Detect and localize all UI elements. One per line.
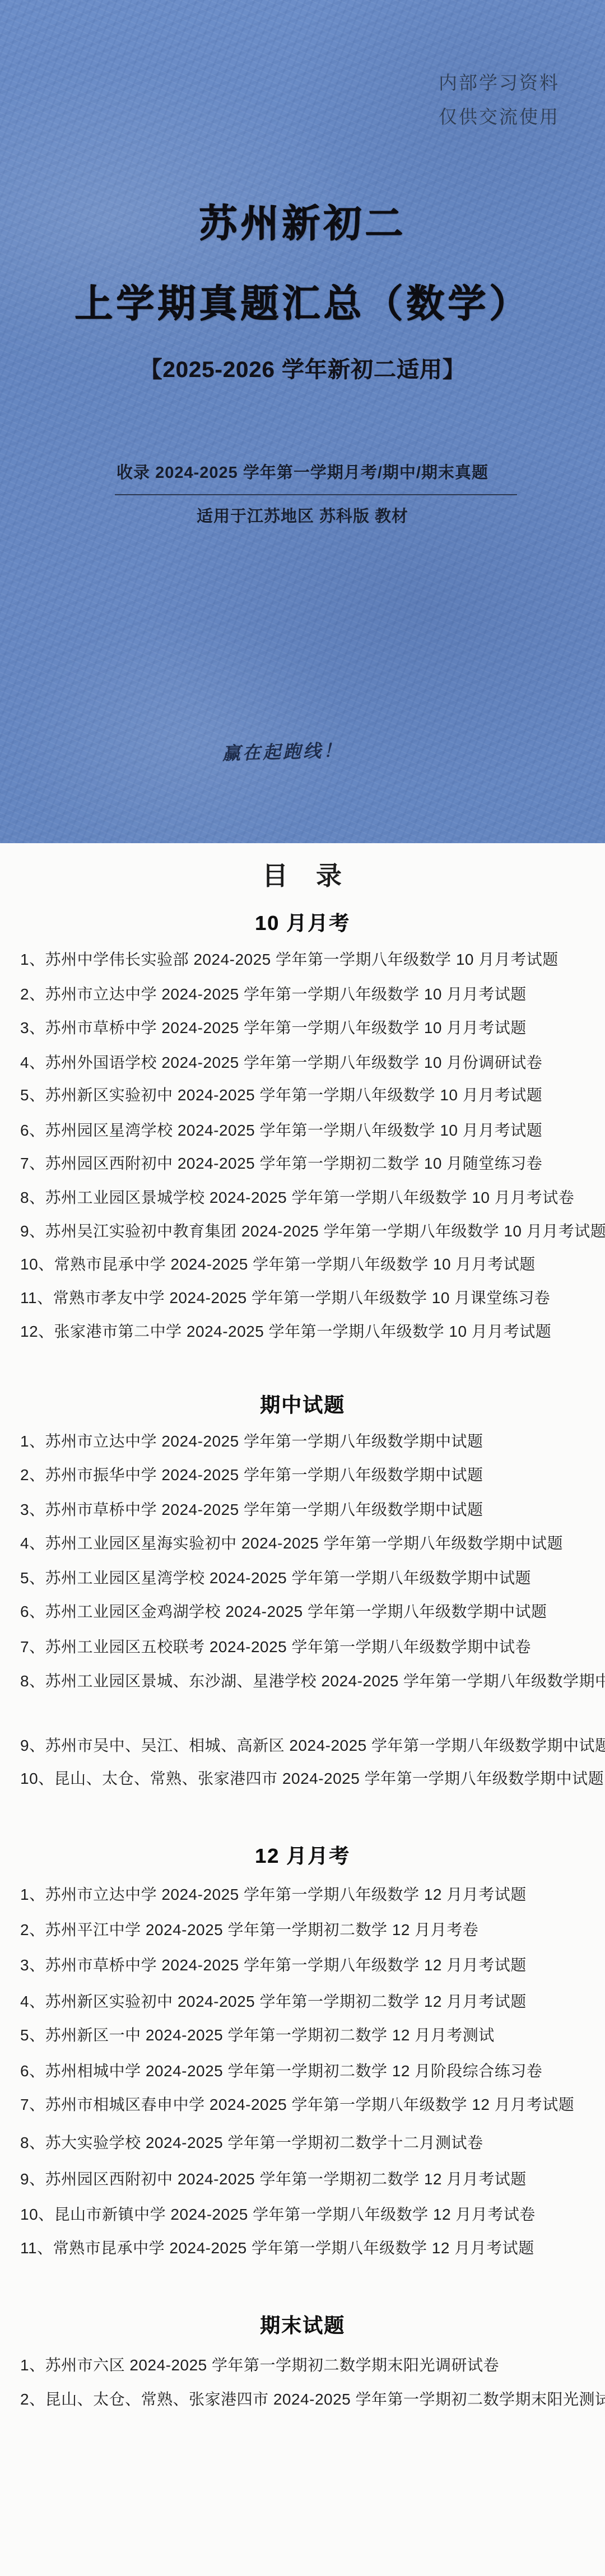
toc-item: 7、苏州园区西附初中 2024-2025 学年第一学期初二数学 10 月随堂练习… bbox=[20, 1152, 594, 1175]
toc-item: 10、常熟市昆承中学 2024-2025 学年第一学期八年级数学 10 月月考试… bbox=[20, 1253, 594, 1276]
cover-slogan: 赢在起跑线！ bbox=[0, 733, 585, 771]
toc-item: 6、苏州相城中学 2024-2025 学年第一学期初二数学 12 月阶段综合练习… bbox=[20, 2059, 594, 2083]
toc-item: 1、苏州中学伟长实验部 2024-2025 学年第一学期八年级数学 10 月月考… bbox=[20, 948, 594, 971]
toc-item: 5、苏州新区一中 2024-2025 学年第一学期初二数学 12 月月考测试 bbox=[20, 2024, 594, 2047]
cover-title-line2: 上学期真题汇总（数学） bbox=[0, 283, 605, 324]
toc-item: 10、昆山、太仓、常熟、张家港四市 2024-2025 学年第一学期八年级数学期… bbox=[20, 1767, 594, 1791]
toc-heading-midterm: 期中试题 bbox=[0, 1393, 605, 1417]
cover-notice-line2: 仅供交流使用 bbox=[439, 107, 584, 127]
toc-item: 5、苏州工业园区星湾学校 2024-2025 学年第一学期八年级数学期中试题 bbox=[20, 1566, 594, 1590]
toc-heading-october: 10 月月考 bbox=[0, 911, 605, 936]
toc-title: 目 录 bbox=[0, 860, 605, 891]
toc-item: 7、苏州工业园区五校联考 2024-2025 学年第一学期八年级数学期中试卷 bbox=[20, 1635, 594, 1659]
toc-item: 6、苏州园区星湾学校 2024-2025 学年第一学期八年级数学 10 月月考试… bbox=[20, 1119, 594, 1142]
toc-heading-final: 期末试题 bbox=[0, 2313, 605, 2338]
toc-item: 8、苏州工业园区景城、东沙湖、星港学校 2024-2025 学年第一学期八年级数… bbox=[20, 1670, 594, 1693]
toc-item: 7、苏州市相城区春申中学 2024-2025 学年第一学期八年级数学 12 月月… bbox=[20, 2093, 594, 2117]
toc-item: 4、苏州新区实验初中 2024-2025 学年第一学期初二数学 12 月月考试题 bbox=[20, 1990, 594, 2014]
toc-item: 11、常熟市昆承中学 2024-2025 学年第一学期八年级数学 12 月月考试… bbox=[20, 2236, 594, 2260]
toc-item: 1、苏州市立达中学 2024-2025 学年第一学期八年级数学 12 月月考试题 bbox=[20, 1883, 594, 1907]
toc-item: 5、苏州新区实验初中 2024-2025 学年第一学期八年级数学 10 月月考试… bbox=[20, 1084, 594, 1107]
toc-item: 9、苏州吴江实验初中教育集团 2024-2025 学年第一学期八年级数学 10 … bbox=[20, 1220, 594, 1243]
toc-item: 2、昆山、太仓、常熟、张家港四市 2024-2025 学年第一学期初二数学期末阳… bbox=[20, 2388, 594, 2411]
scanned-booklet-page: 内部学习资料 仅供交流使用 苏州新初二 上学期真题汇总（数学） 【2025-20… bbox=[0, 0, 605, 2576]
toc-item: 2、苏州市振华中学 2024-2025 学年第一学期八年级数学期中试题 bbox=[20, 1463, 594, 1487]
toc-item: 1、苏州市六区 2024-2025 学年第一学期初二数学期末阳光调研试卷 bbox=[20, 2354, 594, 2377]
toc-item: 4、苏州外国语学校 2024-2025 学年第一学期八年级数学 10 月份调研试… bbox=[20, 1051, 594, 1075]
toc-item: 6、苏州工业园区金鸡湖学校 2024-2025 学年第一学期八年级数学期中试题 bbox=[20, 1600, 594, 1624]
toc-item: 2、苏州市立达中学 2024-2025 学年第一学期八年级数学 10 月月考试题 bbox=[20, 983, 594, 1006]
toc-item: 4、苏州工业园区星海实验初中 2024-2025 学年第一学期八年级数学期中试题 bbox=[20, 1532, 594, 1555]
toc-heading-december: 12 月月考 bbox=[0, 1844, 605, 1868]
cover-region-note: 适用于江苏地区 苏科版 教材 bbox=[0, 507, 605, 526]
cover-divider-line bbox=[115, 494, 517, 495]
toc-item: 12、张家港市第二中学 2024-2025 学年第一学期八年级数学 10 月月考… bbox=[20, 1320, 594, 1343]
cover-collect-note: 收录 2024-2025 学年第一学期月考/期中/期末真题 bbox=[0, 463, 605, 482]
toc-item: 8、苏州工业园区景城学校 2024-2025 学年第一学期八年级数学 10 月月… bbox=[20, 1186, 594, 1210]
toc-item: 3、苏州市草桥中学 2024-2025 学年第一学期八年级数学 10 月月考试题 bbox=[20, 1016, 594, 1040]
toc-item: 3、苏州市草桥中学 2024-2025 学年第一学期八年级数学期中试题 bbox=[20, 1498, 594, 1522]
cover-title-line1: 苏州新初二 bbox=[0, 203, 605, 244]
toc-item: 2、苏州平江中学 2024-2025 学年第一学期初二数学 12 月月考卷 bbox=[20, 1918, 594, 1942]
toc-item: 9、苏州园区西附初中 2024-2025 学年第一学期初二数学 12 月月考试题 bbox=[20, 2168, 594, 2191]
toc-item: 11、常熟市孝友中学 2024-2025 学年第一学期八年级数学 10 月课堂练… bbox=[20, 1286, 594, 1310]
toc-item: 3、苏州市草桥中学 2024-2025 学年第一学期八年级数学 12 月月考试题 bbox=[20, 1954, 594, 1977]
toc-item: 9、苏州市吴中、吴江、相城、高新区 2024-2025 学年第一学期八年级数学期… bbox=[20, 1734, 594, 1757]
cover-subtitle: 【2025-2026 学年新初二适用】 bbox=[0, 357, 605, 383]
toc-item: 10、昆山市新镇中学 2024-2025 学年第一学期八年级数学 12 月月考试… bbox=[20, 2203, 594, 2226]
cover-notice-line1: 内部学习资料 bbox=[439, 73, 584, 93]
toc-item: 8、苏大实验学校 2024-2025 学年第一学期初二数学十二月测试卷 bbox=[20, 2131, 594, 2155]
cover: 内部学习资料 仅供交流使用 苏州新初二 上学期真题汇总（数学） 【2025-20… bbox=[0, 0, 605, 843]
toc-item: 1、苏州市立达中学 2024-2025 学年第一学期八年级数学期中试题 bbox=[20, 1430, 594, 1453]
